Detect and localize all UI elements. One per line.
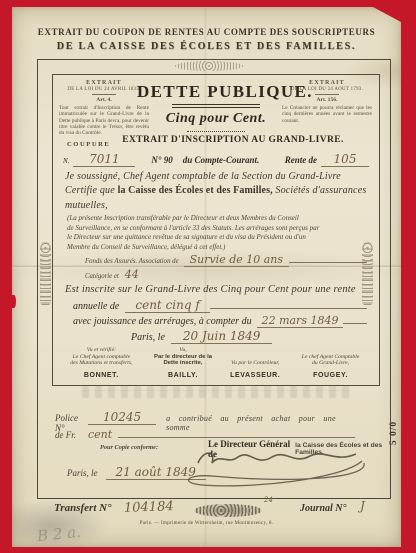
- coupure-number-handwritten: 7011: [73, 152, 135, 167]
- header-line1: EXTRAIT DU COUPON DE RENTES AU COMPTE DE…: [12, 27, 401, 37]
- scanned-certificate-photo: EXTRAIT DU COUPON DE RENTES AU COMPTE DE…: [0, 0, 416, 553]
- signature-col-fougey: Le chef Agent Comptable du Grand-Livre, …: [288, 344, 373, 379]
- fonds-row: Fonds des Assurés. Association de Survie…: [85, 253, 367, 267]
- transfert-number-handwritten: 104184: [124, 499, 174, 516]
- fill-rule: [289, 262, 367, 263]
- transfert-label: Transfert N°: [54, 502, 111, 514]
- certifie-label: Certifie que: [65, 185, 115, 196]
- journal-number-handwritten: J: [360, 499, 365, 513]
- inscrite-line: Est inscrite sur le Grand-Livre des Cinq…: [65, 284, 367, 295]
- fill-rule: [118, 437, 355, 438]
- fonds-value-handwritten: Survie de 10 ans: [184, 253, 289, 267]
- law-right-body: Le Créancier ne pourra réclamer que les …: [279, 105, 375, 124]
- header-line2: DE LA CAISSE DES ÉCOLES ET DES FAMILLES.: [12, 41, 401, 52]
- body-line-3: mutuelles,: [65, 200, 367, 211]
- signature-col-bailly: Vu, Par le directeur de la Dette inscrit…: [144, 344, 223, 379]
- copy-conforme-label: Pour Copie conforme:: [100, 444, 158, 451]
- clause-line-3: le Directeur sur une quittance revêtue d…: [67, 233, 367, 243]
- societes-label: Sociétés d'assurances: [275, 185, 366, 196]
- floral-ornament: [175, 61, 243, 71]
- divider-rule: [315, 94, 339, 95]
- inscription-heading: EXTRAIT D'INSCRIPTION AU GRAND-LIVRE.: [113, 135, 353, 145]
- divider-rule: [92, 94, 116, 95]
- sig-role-line: Vu par le Contrôleur,: [222, 360, 288, 367]
- sig-role-line: des Mutations et transferts,: [59, 360, 144, 367]
- footer-date-label: Paris, le: [67, 468, 98, 478]
- director-signature: [172, 443, 384, 503]
- title-block: DETTE PUBLIQUE. Cinq pour Cent.: [137, 82, 295, 132]
- signature-name: FOUGEY.: [288, 372, 373, 379]
- inner-certificate-box: EXTRAIT DE LA LOI DU 24 AVRIL 1833. Art.…: [52, 74, 380, 386]
- dotted-rule: [187, 131, 245, 132]
- sig-role-line: du Grand-Livre,: [288, 360, 373, 367]
- annuelle-label: annuelle de: [73, 301, 119, 312]
- document-subtitle: Cinq pour Cent.: [137, 111, 295, 127]
- law-right-title: EXTRAIT: [279, 80, 375, 86]
- coupure-values-row: N. 7011 N° 90 du Compte-Courant. Rente d…: [63, 152, 369, 169]
- sig-role-line: Le chef Agent Comptable: [288, 354, 373, 361]
- law-right-subtitle: DE LA LOI DU 24 AOUT 1793.: [279, 87, 375, 92]
- jouissance-value-handwritten: 22 mars 1849: [257, 314, 344, 328]
- fill-rule: [210, 308, 367, 309]
- pencil-note: B 2 a.: [36, 523, 81, 545]
- transfer-clause: (La présente Inscription transférable pa…: [67, 214, 367, 252]
- fill-rule: [343, 323, 367, 324]
- ink-stamp-ornament: [194, 504, 262, 517]
- document-title: DETTE PUBLIQUE.: [137, 82, 295, 102]
- annuelle-value-handwritten: cent cinq f: [125, 298, 209, 313]
- jouissance-label: avec jouissance des arrérages, à compter…: [73, 316, 252, 327]
- body-line-1: Je soussigné, Chef Agent comptable de la…: [65, 171, 367, 182]
- coupure-label: COUPURE: [67, 141, 110, 148]
- fonds-label: Fonds des Assurés. Association de: [85, 258, 179, 265]
- paris-date-label: Paris, le: [131, 332, 165, 343]
- francs-label: de Fr.: [55, 430, 76, 440]
- signature-name: BAILLY.: [144, 372, 223, 379]
- signature-col-levasseur: Vu par le Contrôleur, LEVASSEUR.: [222, 344, 288, 379]
- clause-line-4: Membre du Conseil de Surveillance, délég…: [67, 243, 367, 253]
- signatures-row: Vu et vérifié: Le Chef Agent comptable d…: [59, 344, 373, 379]
- account-label: du Compte-Courant.: [183, 155, 260, 165]
- signature-col-bonnet: Vu et vérifié: Le Chef Agent comptable d…: [59, 344, 144, 379]
- date-row: Paris, le 20 Juin 1849: [131, 329, 272, 344]
- paris-date-handwritten: 20 Juin 1849: [171, 329, 273, 344]
- double-rule: [172, 104, 260, 108]
- clause-line-1: (La présente Inscription transférable pa…: [67, 214, 367, 224]
- law-extract-right: EXTRAIT DE LA LOI DU 24 AOUT 1793. Art. …: [279, 80, 375, 124]
- sig-role-line: Dette inscrite,: [144, 360, 223, 367]
- signature-name: BONNET.: [59, 372, 144, 379]
- stamp-note-handwritten: 24: [264, 496, 273, 504]
- percent-vertical-label: 5 0/0: [389, 413, 401, 453]
- journal-label: Journal N°: [300, 503, 347, 514]
- left-lace-ornament: [40, 242, 51, 306]
- annuelle-row: annuelle de cent cinq f: [73, 298, 367, 313]
- paper-corner-fold: [373, 7, 401, 22]
- categorie-label: Catégorie et: [85, 273, 119, 280]
- jouissance-row: avec jouissance des arrérages, à compter…: [73, 314, 367, 328]
- certificate-paper: EXTRAIT DU COUPON DE RENTES AU COMPTE DE…: [12, 7, 401, 547]
- categorie-value-handwritten: 44: [125, 268, 139, 281]
- law-right-article: Art. 156.: [279, 97, 375, 103]
- paper-edge-tear: [12, 295, 16, 308]
- francs-value-handwritten: cent: [82, 428, 118, 441]
- signature-name: LEVASSEUR.: [222, 372, 288, 379]
- sig-role-line: Vu,: [144, 347, 223, 354]
- account-number: N° 90: [151, 155, 172, 165]
- faded-stamp-smudge: [82, 386, 350, 398]
- police-number-handwritten: 10245: [88, 410, 156, 425]
- sig-role-line: Vu et vérifié:: [59, 347, 144, 354]
- body-line-2: Certifie que la Caisse des Écoles et des…: [65, 185, 367, 196]
- series-label: N.: [63, 157, 69, 165]
- rente-value-handwritten: 105: [321, 152, 369, 167]
- caisse-name-bold: la Caisse des Écoles et des Familles,: [118, 185, 273, 196]
- clause-line-2: de Surveillance, en se conformant à l'ar…: [67, 224, 367, 234]
- categorie-row: Catégorie et 44: [85, 268, 205, 281]
- rente-label: Rente de: [285, 155, 317, 165]
- sig-role-line: Par le directeur de la: [144, 354, 223, 361]
